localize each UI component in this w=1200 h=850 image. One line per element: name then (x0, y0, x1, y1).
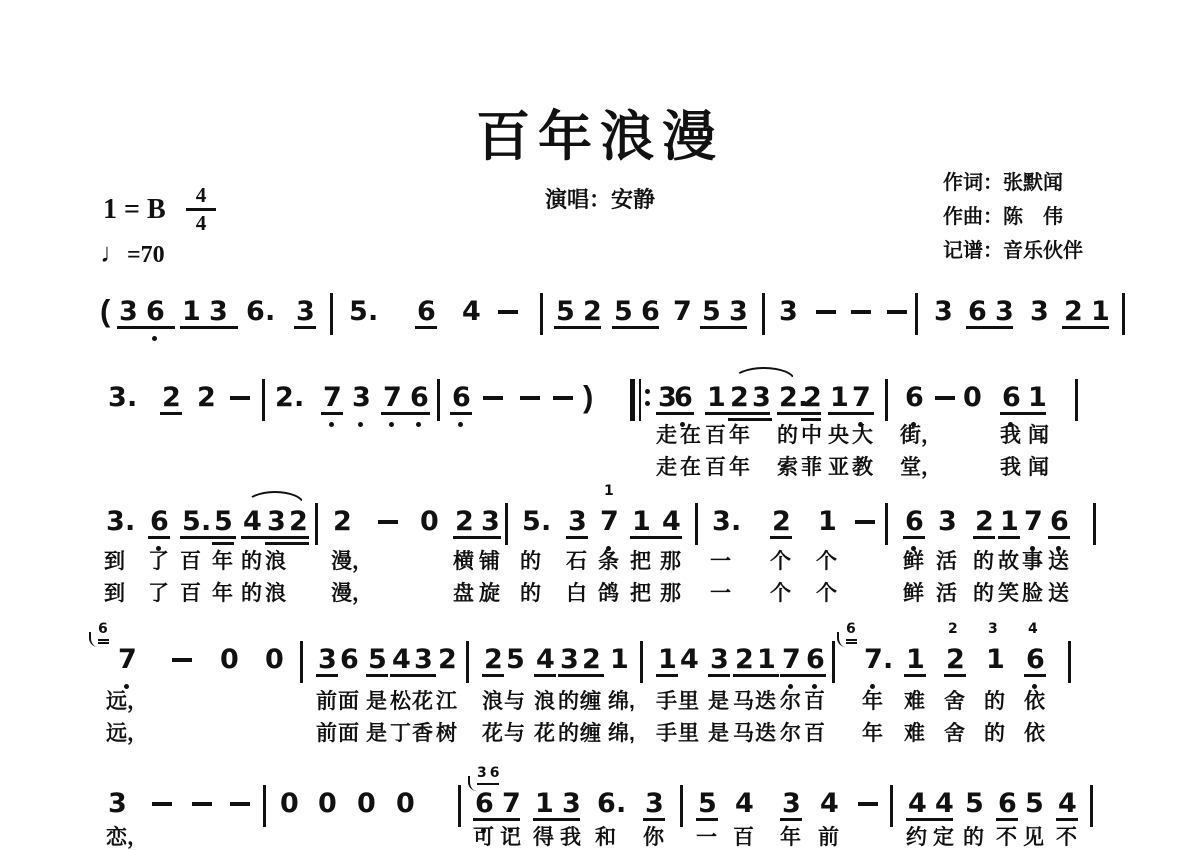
note-digit: 5 (182, 506, 201, 538)
lyric-char: 迭 (755, 722, 776, 746)
duration-underline (321, 412, 343, 415)
lyric-char: 大 (852, 424, 873, 448)
note-digit: 2 (455, 506, 474, 538)
lyric-char: 百 (804, 690, 825, 714)
duration-underline (180, 326, 238, 329)
note-digit: 3 (108, 382, 127, 414)
barline-icon (540, 293, 543, 335)
lyric-char: 把 (630, 550, 651, 574)
lyric-char: 前 (316, 722, 337, 746)
note-digit: 1 (658, 644, 677, 676)
duration-underline (998, 536, 1020, 539)
lyric-char: 一 (696, 826, 717, 850)
lyric-char: 难 (904, 690, 925, 714)
note-digit: 3 (481, 506, 500, 538)
low-octave-dot (124, 684, 129, 689)
lyric-char: 得 (533, 826, 554, 850)
note-digit: 3 (568, 506, 587, 538)
duration-underline (656, 412, 694, 415)
lyric-char: 堂， (900, 456, 942, 480)
lyric-char: 花 (534, 722, 555, 746)
low-octave-dot (812, 684, 817, 689)
duration-underline (643, 818, 665, 821)
lyric-char: 的 (984, 690, 1005, 714)
lyric-char: 花 (482, 722, 503, 746)
note-digit: 2 (803, 382, 822, 414)
lyric-char: 是 (708, 722, 729, 746)
note-digit: 1 (830, 382, 849, 414)
lyric-char: 在 (680, 456, 701, 480)
lyric-char: 花 (412, 690, 433, 714)
note-digit: 2 (975, 506, 994, 538)
low-octave-dot (358, 422, 363, 427)
note-digit: 7 (323, 382, 342, 414)
duration-underline (1056, 818, 1078, 821)
dash-note (152, 802, 172, 806)
note-digit: 6 (998, 788, 1017, 820)
repeat-dot-icon (645, 389, 650, 394)
lyric-char: 条 (598, 550, 619, 574)
note-digit: 6 (452, 382, 471, 414)
barline-icon (832, 641, 835, 683)
note-digit: 0 (396, 788, 415, 820)
barline-icon (315, 503, 318, 545)
note-digit: 6 (340, 644, 359, 676)
key-signature: 1 = B (103, 194, 166, 226)
duration-underline (482, 674, 504, 677)
grace-note: 4 (1028, 622, 1041, 637)
dash-note (520, 396, 540, 400)
grace-note: 2 (948, 622, 961, 637)
note-digit: 2 (275, 382, 294, 414)
duration-underline (117, 326, 175, 329)
dash-note (816, 310, 836, 314)
dash-note (498, 310, 518, 314)
barline-icon (890, 785, 893, 827)
lyric-char: 缠 (580, 690, 601, 714)
duration-underline (1048, 536, 1070, 539)
note-digit: 3 (934, 296, 953, 328)
note-digit: 3 (710, 644, 729, 676)
note-digit: 0 (318, 788, 337, 820)
note-digit: 6 (806, 644, 825, 676)
lyric-char: 的 (558, 690, 579, 714)
note-digit: 7 (782, 644, 801, 676)
duration-underline (241, 536, 309, 539)
augmentation-dot: . (265, 296, 275, 328)
note-digit: 3 (352, 382, 371, 414)
note-digit: 6 (1026, 644, 1045, 676)
lyric-char: 闻 (1028, 456, 1049, 480)
lyric-char: 送 (1048, 550, 1069, 574)
note-digit: 2 (289, 506, 308, 538)
lyric-char: 的 (520, 550, 541, 574)
duration-underline (566, 536, 588, 539)
lyric-char: 石 (566, 550, 587, 574)
duration-underline (780, 818, 802, 821)
note-digit: 0 (357, 788, 376, 820)
lyric-char: 白 (566, 582, 587, 606)
notation-credit: 记谱：音乐伙伴 (943, 234, 1083, 268)
barline-icon (1075, 379, 1078, 421)
lyric-char: 了 (148, 550, 169, 574)
lyric-char: 那 (660, 550, 681, 574)
note-digit: 6 (597, 788, 616, 820)
lyric-char: 的 (241, 582, 262, 606)
lyric-char: 的 (241, 550, 262, 574)
grace-slur-icon (89, 632, 100, 647)
duration-underline (656, 674, 678, 677)
lyric-char: 的 (973, 582, 994, 606)
lyric-char: 把 (630, 582, 651, 606)
lyric-char: 缠 (580, 722, 601, 746)
lyric-char: 旋 (479, 582, 500, 606)
duration-underline (533, 818, 580, 821)
barline-icon (915, 293, 918, 335)
lyric-char: 故 (998, 550, 1019, 574)
duration-underline (973, 536, 995, 539)
duration-underline (780, 674, 826, 677)
augmentation-dot: . (731, 506, 741, 538)
lyric-char: 前 (818, 826, 839, 850)
lyric-char: 送 (1048, 582, 1069, 606)
phrase-paren: ) (583, 379, 593, 415)
duration-underline (148, 536, 170, 539)
lyric-char: 见 (1023, 826, 1044, 850)
lyric-char: 依 (1024, 690, 1045, 714)
note-digit: 4 (243, 506, 262, 538)
duration-underline (1024, 674, 1046, 677)
note-digit: 6 (968, 296, 987, 328)
lyric-char: 的 (777, 424, 798, 448)
low-octave-dot (416, 422, 421, 427)
duration-underline (966, 326, 1013, 329)
lyric-char: 的 (984, 722, 1005, 746)
note-digit: 5 (349, 296, 368, 328)
note-digit: 3 (296, 296, 315, 328)
duration-underline (708, 674, 730, 677)
lyric-char: 尔 (780, 690, 801, 714)
lyric-char: 与 (504, 722, 525, 746)
lyric-char: 浪 (534, 690, 555, 714)
lyric-char: 我 (1000, 456, 1021, 480)
lyric-char: 难 (904, 722, 925, 746)
note-digit: 5 (698, 788, 717, 820)
note-digit: 4 (680, 644, 699, 676)
lyric-char: 依 (1024, 722, 1045, 746)
note-digit: 4 (820, 788, 839, 820)
note-digit: 5 (702, 296, 721, 328)
lyric-char: 到 (104, 550, 125, 574)
lyric-char: 前 (316, 690, 337, 714)
lyric-char: 你 (643, 826, 664, 850)
note-digit: 1 (757, 644, 776, 676)
page-title: 百年浪漫 (0, 94, 1200, 171)
note-digit: 1 (986, 644, 1005, 676)
lyric-char: 年 (862, 690, 883, 714)
dash-note (230, 802, 250, 806)
duration-underline (906, 818, 953, 821)
note-digit: 7 (1024, 506, 1043, 538)
grace-note: 36 (477, 766, 502, 781)
slur-arc (733, 367, 795, 380)
lyric-char: 手 (656, 722, 677, 746)
lyric-char: 亚 (828, 456, 849, 480)
lyric-char: 鸽 (598, 582, 619, 606)
credits-block: 作词：张默闻 作曲：陈 伟 记谱：音乐伙伴 (943, 166, 1083, 268)
lyric-char: 迭 (755, 690, 776, 714)
repeat-start-icon (639, 379, 641, 421)
lyric-char: 我 (560, 826, 581, 850)
note-digit: 5 (1025, 788, 1044, 820)
lyric-char: 到 (104, 582, 125, 606)
note-digit: 2 (197, 382, 216, 414)
lyric-char: 年 (780, 826, 801, 850)
lyric-char: 脸 (1022, 582, 1043, 606)
lyric-char: 定 (933, 826, 954, 850)
lyric-char: 是 (366, 722, 387, 746)
barline-icon (1068, 641, 1071, 683)
lyric-char: 年 (729, 424, 750, 448)
lyric-char: 教 (852, 456, 873, 480)
barline-icon (885, 379, 888, 421)
lyric-char: 里 (678, 722, 699, 746)
grace-note: 3 (988, 622, 1001, 637)
duration-underline (554, 326, 601, 329)
dash-note (858, 802, 878, 806)
lyric-char: 的 (973, 550, 994, 574)
lyric-char: 鲜 (903, 550, 924, 574)
note-digit: 1 (182, 296, 201, 328)
duration-underline (944, 674, 966, 677)
lyric-char: 中 (801, 424, 822, 448)
lyric-char: 央 (828, 424, 849, 448)
note-digit: 4 (735, 788, 754, 820)
duration-underline (265, 542, 309, 545)
note-digit: 3 (560, 644, 579, 676)
note-digit: 1 (1000, 506, 1019, 538)
low-octave-dot (458, 422, 463, 427)
dash-note (172, 658, 192, 662)
lyric-char: 不 (996, 826, 1017, 850)
duration-underline (212, 542, 234, 545)
note-digit: 7 (118, 644, 137, 676)
barline-icon (1122, 293, 1125, 335)
lyric-char: 手 (656, 690, 677, 714)
augmentation-dot: . (616, 788, 626, 820)
augmentation-dot: . (125, 506, 135, 538)
lyric-char: 菲 (801, 456, 822, 480)
note-digit: 4 (392, 644, 411, 676)
note-digit: 2 (779, 382, 798, 414)
note-digit: 3 (209, 296, 228, 328)
note-digit: 5 (965, 788, 984, 820)
lyric-char: 百 (733, 826, 754, 850)
lyric-char: 漫， (331, 550, 373, 574)
note-digit: 2 (333, 506, 352, 538)
dash-note (192, 802, 212, 806)
note-digit: 2 (583, 296, 602, 328)
barline-icon (262, 379, 265, 421)
lyric-char: 香 (412, 722, 433, 746)
lyric-char: 马 (733, 722, 754, 746)
note-digit: 3 (414, 644, 433, 676)
note-digit: 2 (162, 382, 181, 414)
duration-underline (700, 326, 747, 329)
note-digit: 6 (1002, 382, 1021, 414)
duration-underline (450, 412, 472, 415)
duration-underline (705, 412, 770, 415)
note-digit: 2 (1064, 296, 1083, 328)
duration-underline (770, 536, 792, 539)
lyric-char: 江 (436, 690, 457, 714)
duration-underline (733, 674, 779, 677)
note-digit: 2 (484, 644, 503, 676)
lyric-char: 马 (733, 690, 754, 714)
duration-underline (1062, 326, 1109, 329)
lyric-char: 年 (729, 456, 750, 480)
note-digit: 7 (600, 506, 619, 538)
duration-underline (904, 674, 926, 677)
lyric-char: 走 (656, 456, 677, 480)
note-digit: 5 (214, 506, 233, 538)
lyric-char: 面 (338, 722, 359, 746)
duration-underline (696, 818, 718, 821)
lyric-char: 年 (212, 582, 233, 606)
barline-icon (640, 641, 643, 683)
low-octave-dot (1032, 684, 1037, 689)
dash-note (935, 396, 955, 400)
tempo-value: =70 (127, 242, 165, 268)
note-digit: 2 (438, 644, 457, 676)
time-signature-numerator: 4 (186, 184, 216, 207)
lyric-char: 树 (436, 722, 457, 746)
note-digit: 4 (935, 788, 954, 820)
duration-underline (1000, 412, 1046, 415)
lyric-char: 远， (106, 722, 148, 746)
lyric-char: 百 (705, 456, 726, 480)
dash-note (553, 396, 573, 400)
lyric-char: 年 (862, 722, 883, 746)
dash-note (855, 520, 875, 524)
barline-icon (695, 503, 698, 545)
dash-note (887, 310, 907, 314)
barline-icon (1090, 785, 1093, 827)
duration-underline (381, 412, 430, 415)
lyric-char: 是 (366, 690, 387, 714)
note-digit: 1 (818, 506, 837, 538)
note-digit: 1 (906, 644, 925, 676)
lyric-char: 绵, (608, 722, 635, 746)
note-digit: 3 (1030, 296, 1049, 328)
duration-underline (160, 412, 182, 415)
duration-underline (728, 418, 772, 421)
lyric-char: 记 (500, 826, 521, 850)
duration-underline (630, 536, 682, 539)
lyric-char: 的 (963, 826, 984, 850)
lyric-char: 远， (106, 690, 148, 714)
lyricist-credit: 作词：张默闻 (943, 166, 1083, 200)
augmentation-dot: . (883, 644, 893, 676)
lyric-char: 在 (680, 424, 701, 448)
lyric-char: 个 (816, 550, 837, 574)
note-digit: 6 (246, 296, 265, 328)
note-digit: 2 (946, 644, 965, 676)
note-digit: 1 (707, 382, 726, 414)
note-digit: 0 (265, 644, 284, 676)
augmentation-dot: . (368, 296, 378, 328)
dash-note (851, 310, 871, 314)
duration-underline (534, 674, 556, 677)
note-digit: 3 (108, 788, 127, 820)
lyric-char: 松 (390, 690, 411, 714)
duration-underline (415, 326, 437, 329)
lyric-char: 我 (1000, 424, 1021, 448)
lyric-char: 个 (770, 550, 791, 574)
lyric-char: 与 (504, 690, 525, 714)
low-octave-dot (788, 684, 793, 689)
note-digit: 5 (556, 296, 575, 328)
low-octave-dot (152, 336, 157, 341)
note-digit: 7 (864, 644, 883, 676)
lyric-char: 浪 (265, 582, 286, 606)
augmentation-dot: . (201, 506, 211, 538)
sheet-music-page: 百年浪漫 演唱：安静 作词：张默闻 作曲：陈 伟 记谱：音乐伙伴 1 = B 4… (0, 0, 1200, 850)
lyric-char: 可 (473, 826, 494, 850)
repeat-start-icon (630, 379, 635, 421)
duration-underline (828, 412, 874, 415)
barline-icon (885, 503, 888, 545)
lyric-char: 舍 (944, 722, 965, 746)
lyric-char: 约 (906, 826, 927, 850)
lyric-char: 绵, (608, 690, 635, 714)
note-digit: 3 (938, 506, 957, 538)
lyric-char: 街， (900, 424, 942, 448)
note-digit: 4 (462, 296, 481, 328)
duration-underline (390, 674, 436, 677)
lyric-char: 百 (804, 722, 825, 746)
note-digit: 1 (1091, 296, 1110, 328)
barline-icon (505, 503, 508, 545)
lyric-char: 事 (1022, 550, 1043, 574)
augmentation-dot: . (294, 382, 304, 414)
note-digit: 3 (752, 382, 771, 414)
duration-underline (801, 418, 821, 421)
lyric-char: 个 (816, 582, 837, 606)
lyric-char: 里 (678, 690, 699, 714)
note-digit: 3 (267, 506, 286, 538)
composer-credit: 作曲：陈 伟 (943, 200, 1083, 234)
time-signature: 4 4 (186, 184, 216, 235)
note-digit: 7 (673, 296, 692, 328)
lyric-char: 漫， (331, 582, 373, 606)
duration-underline (996, 818, 1018, 821)
lyric-char: 闻 (1028, 424, 1049, 448)
lyric-char: 索 (777, 456, 798, 480)
dash-note (378, 520, 398, 524)
note-digit: 6 (905, 506, 924, 538)
note-digit: 3 (318, 644, 337, 676)
low-octave-dot (870, 684, 875, 689)
repeat-dot-icon (645, 401, 650, 406)
augmentation-dot: . (541, 506, 551, 538)
barline-icon (680, 785, 683, 827)
lyric-char: 盘 (453, 582, 474, 606)
lyric-char: 丁 (390, 722, 411, 746)
note-digit: 6 (150, 506, 169, 538)
duration-underline (612, 326, 659, 329)
note-digit: 3 (106, 506, 125, 538)
